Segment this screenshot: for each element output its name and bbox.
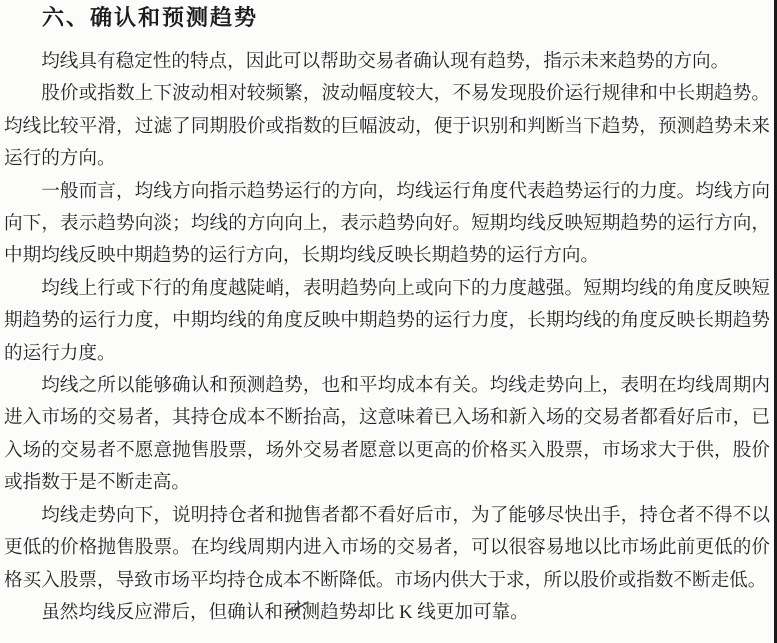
body-text: 均线具有稳定性的特点，因此可以帮助交易者确认现有趋势，指示未来趋势的方向。 股价… (4, 46, 770, 629)
paragraph: 股价或指数上下波动相对较频繁，波动幅度较大，不易发现股价运行规律和中长期趋势。均… (4, 78, 770, 175)
paragraph: 均线具有稳定性的特点，因此可以帮助交易者确认现有趋势，指示未来趋势的方向。 (4, 46, 770, 78)
paragraph: 均线走势向下，说明持仓者和抛售者都不看好后市，为了能够尽快出手，持仓者不得不以更… (4, 500, 770, 597)
paragraph: 虽然均线反应滞后，但确认和预测趋势却比 K 线更加可靠。 (4, 597, 770, 629)
section-heading: 六、确认和预测趋势 (0, 0, 777, 31)
paragraph: 一般而言，均线方向指示趋势运行的方向，均线运行角度代表趋势运行的力度。均线方向向… (4, 176, 770, 273)
document-page: 六、确认和预测趋势 均线具有稳定性的特点，因此可以帮助交易者确认现有趋势，指示未… (0, 0, 777, 643)
paragraph: 均线上行或下行的角度越陡峭，表明趋势向上或向下的力度越强。短期均线的角度反映短期… (4, 273, 770, 370)
paragraph: 均线之所以能够确认和预测趋势，也和平均成本有关。均线走势向上，表明在均线周期内进… (4, 370, 770, 500)
